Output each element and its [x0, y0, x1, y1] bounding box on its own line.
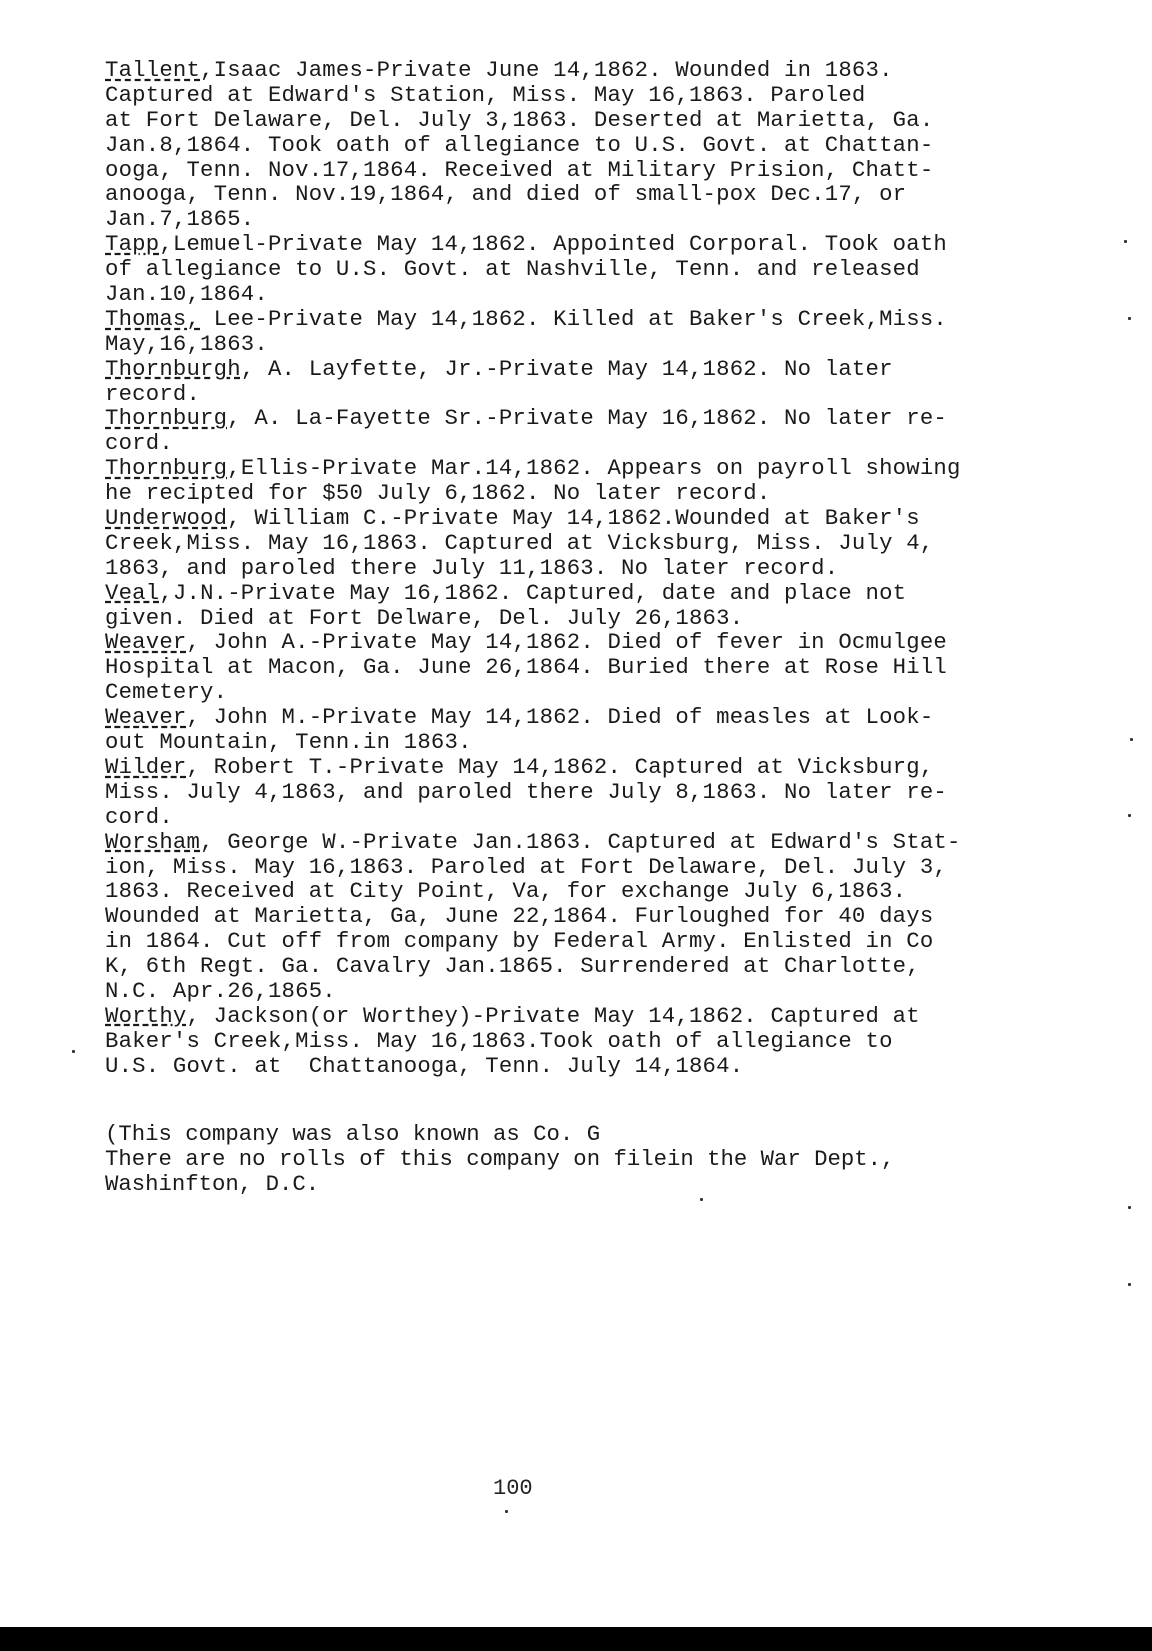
entry-surname: Thornburg — [105, 405, 227, 431]
entry-text: , John M.-Private May 14,1862. Died of m… — [186, 704, 933, 730]
entry-text: ,Lemuel-Private May 14,1862. Appointed C… — [159, 231, 947, 257]
entry-line: Wilder, Robert T.-Private May 14,1862. C… — [105, 755, 1105, 780]
entry-line: record. — [105, 382, 1105, 407]
roster-entry: Tallent,Isaac James-Private June 14,1862… — [105, 58, 1105, 232]
entry-line: Underwood, William C.-Private May 14,186… — [105, 506, 1105, 531]
roster-entry: Thornburg,Ellis-Private Mar.14,1862. App… — [105, 456, 1105, 506]
roster-entry: Worthy, Jackson(or Worthey)-Private May … — [105, 1004, 1105, 1079]
scan-speck — [1128, 1206, 1131, 1209]
entry-line: Creek,Miss. May 16,1863. Captured at Vic… — [105, 531, 1105, 556]
entry-line: Thornburg,Ellis-Private Mar.14,1862. App… — [105, 456, 1105, 481]
entry-line: Jan.8,1864. Took oath of allegiance to U… — [105, 133, 1105, 158]
entry-line: Weaver, John A.-Private May 14,1862. Die… — [105, 630, 1105, 655]
document-page: Tallent,Isaac James-Private June 14,1862… — [0, 0, 1152, 1597]
entry-text: , John A.-Private May 14,1862. Died of f… — [186, 629, 947, 655]
entry-surname: Weaver — [105, 704, 186, 730]
entry-text: , Jackson(or Worthey)-Private May 14,186… — [186, 1003, 919, 1029]
entry-line: Thomas, Lee-Private May 14,1862. Killed … — [105, 307, 1105, 332]
entry-line: Hospital at Macon, Ga. June 26,1864. Bur… — [105, 655, 1105, 680]
roster-entry: Weaver, John M.-Private May 14,1862. Die… — [105, 705, 1105, 755]
entry-line: 1863, and paroled there July 11,1863. No… — [105, 556, 1105, 581]
entry-line: U.S. Govt. at Chattanooga, Tenn. July 14… — [105, 1054, 1105, 1079]
entry-text: , A. La-Fayette Sr.-Private May 16,1862.… — [227, 405, 947, 431]
entry-surname: Worthy — [105, 1003, 186, 1029]
entry-surname: Thornburg — [105, 455, 227, 481]
company-note: (This company was also known as Co. GThe… — [105, 1122, 1105, 1197]
entry-text: ,Ellis-Private Mar.14,1862. Appears on p… — [227, 455, 960, 481]
scan-border — [0, 1627, 1152, 1651]
entry-text: ,J.N.-Private May 16,1862. Captured, dat… — [159, 580, 906, 606]
entry-line: Cemetery. — [105, 680, 1105, 705]
entry-text: ,Isaac James-Private June 14,1862. Wound… — [200, 57, 893, 83]
entry-line: Miss. July 4,1863, and paroled there Jul… — [105, 780, 1105, 805]
entry-line: Veal,J.N.-Private May 16,1862. Captured,… — [105, 581, 1105, 606]
roster-entry: Thornburg, A. La-Fayette Sr.-Private May… — [105, 406, 1105, 456]
roster-entry: Thornburgh, A. Layfette, Jr.-Private May… — [105, 357, 1105, 407]
entry-surname: Tapp — [105, 231, 159, 257]
page-number: 100 — [493, 1476, 533, 1501]
note-line: (This company was also known as Co. G — [105, 1122, 1105, 1147]
scan-speck — [1124, 240, 1127, 243]
entry-line: out Mountain, Tenn.in 1863. — [105, 730, 1105, 755]
entry-line: K, 6th Regt. Ga. Cavalry Jan.1865. Surre… — [105, 954, 1105, 979]
entry-line: anooga, Tenn. Nov.19,1864, and died of s… — [105, 182, 1105, 207]
entry-text: Lee-Private May 14,1862. Killed at Baker… — [200, 306, 947, 332]
scan-speck — [700, 1198, 703, 1201]
entry-line: given. Died at Fort Delware, Del. July 2… — [105, 606, 1105, 631]
entry-surname: Thomas, — [105, 306, 200, 332]
entry-surname: Wilder — [105, 754, 186, 780]
entry-line: Baker's Creek,Miss. May 16,1863.Took oat… — [105, 1029, 1105, 1054]
entry-line: Captured at Edward's Station, Miss. May … — [105, 83, 1105, 108]
scan-speck — [1130, 738, 1133, 741]
note-line: Washinfton, D.C. — [105, 1172, 1105, 1197]
entry-line: in 1864. Cut off from company by Federal… — [105, 929, 1105, 954]
entry-line: 1863. Received at City Point, Va, for ex… — [105, 879, 1105, 904]
entry-line: Thornburgh, A. Layfette, Jr.-Private May… — [105, 357, 1105, 382]
entry-line: cord. — [105, 805, 1105, 830]
roster-entry: Tapp,Lemuel-Private May 14,1862. Appoint… — [105, 232, 1105, 307]
entry-line: ooga, Tenn. Nov.17,1864. Received at Mil… — [105, 158, 1105, 183]
entry-surname: Thornburgh — [105, 356, 241, 382]
entry-line: Thornburg, A. La-Fayette Sr.-Private May… — [105, 406, 1105, 431]
entry-surname: Tallent — [105, 57, 200, 83]
note-line: There are no rolls of this company on fi… — [105, 1147, 1105, 1172]
scan-speck — [1128, 1283, 1131, 1286]
roster-entry: Thomas, Lee-Private May 14,1862. Killed … — [105, 307, 1105, 357]
entry-line: Wounded at Marietta, Ga, June 22,1864. F… — [105, 904, 1105, 929]
entry-text: , George W.-Private Jan.1863. Captured a… — [200, 829, 961, 855]
entry-line: Tapp,Lemuel-Private May 14,1862. Appoint… — [105, 232, 1105, 257]
entry-line: Jan.10,1864. — [105, 282, 1105, 307]
scan-speck — [1128, 814, 1131, 817]
scan-speck — [72, 1050, 75, 1053]
entry-surname: Underwood — [105, 505, 227, 531]
entry-line: ion, Miss. May 16,1863. Paroled at Fort … — [105, 855, 1105, 880]
entry-line: at Fort Delaware, Del. July 3,1863. Dese… — [105, 108, 1105, 133]
entry-text: , William C.-Private May 14,1862.Wounded… — [227, 505, 920, 531]
roster-entry: Worsham, George W.-Private Jan.1863. Cap… — [105, 830, 1105, 1004]
entry-line: he recipted for $50 July 6,1862. No late… — [105, 481, 1105, 506]
entry-line: Worsham, George W.-Private Jan.1863. Cap… — [105, 830, 1105, 855]
entry-line: May,16,1863. — [105, 332, 1105, 357]
entry-line: N.C. Apr.26,1865. — [105, 979, 1105, 1004]
entry-surname: Worsham — [105, 829, 200, 855]
roster-entries: Tallent,Isaac James-Private June 14,1862… — [105, 58, 1105, 1079]
roster-entry: Wilder, Robert T.-Private May 14,1862. C… — [105, 755, 1105, 830]
scan-speck — [1128, 317, 1131, 320]
entry-line: of allegiance to U.S. Govt. at Nashville… — [105, 257, 1105, 282]
entry-line: Tallent,Isaac James-Private June 14,1862… — [105, 58, 1105, 83]
roster-entry: Underwood, William C.-Private May 14,186… — [105, 506, 1105, 581]
roster-entry: Weaver, John A.-Private May 14,1862. Die… — [105, 630, 1105, 705]
entry-text: , Robert T.-Private May 14,1862. Capture… — [186, 754, 933, 780]
entry-line: Worthy, Jackson(or Worthey)-Private May … — [105, 1004, 1105, 1029]
scan-speck — [505, 1510, 508, 1513]
entry-line: Weaver, John M.-Private May 14,1862. Die… — [105, 705, 1105, 730]
entry-surname: Veal — [105, 580, 159, 606]
entry-surname: Weaver — [105, 629, 186, 655]
entry-line: cord. — [105, 431, 1105, 456]
entry-line: Jan.7,1865. — [105, 207, 1105, 232]
roster-entry: Veal,J.N.-Private May 16,1862. Captured,… — [105, 581, 1105, 631]
entry-text: , A. Layfette, Jr.-Private May 14,1862. … — [241, 356, 893, 382]
